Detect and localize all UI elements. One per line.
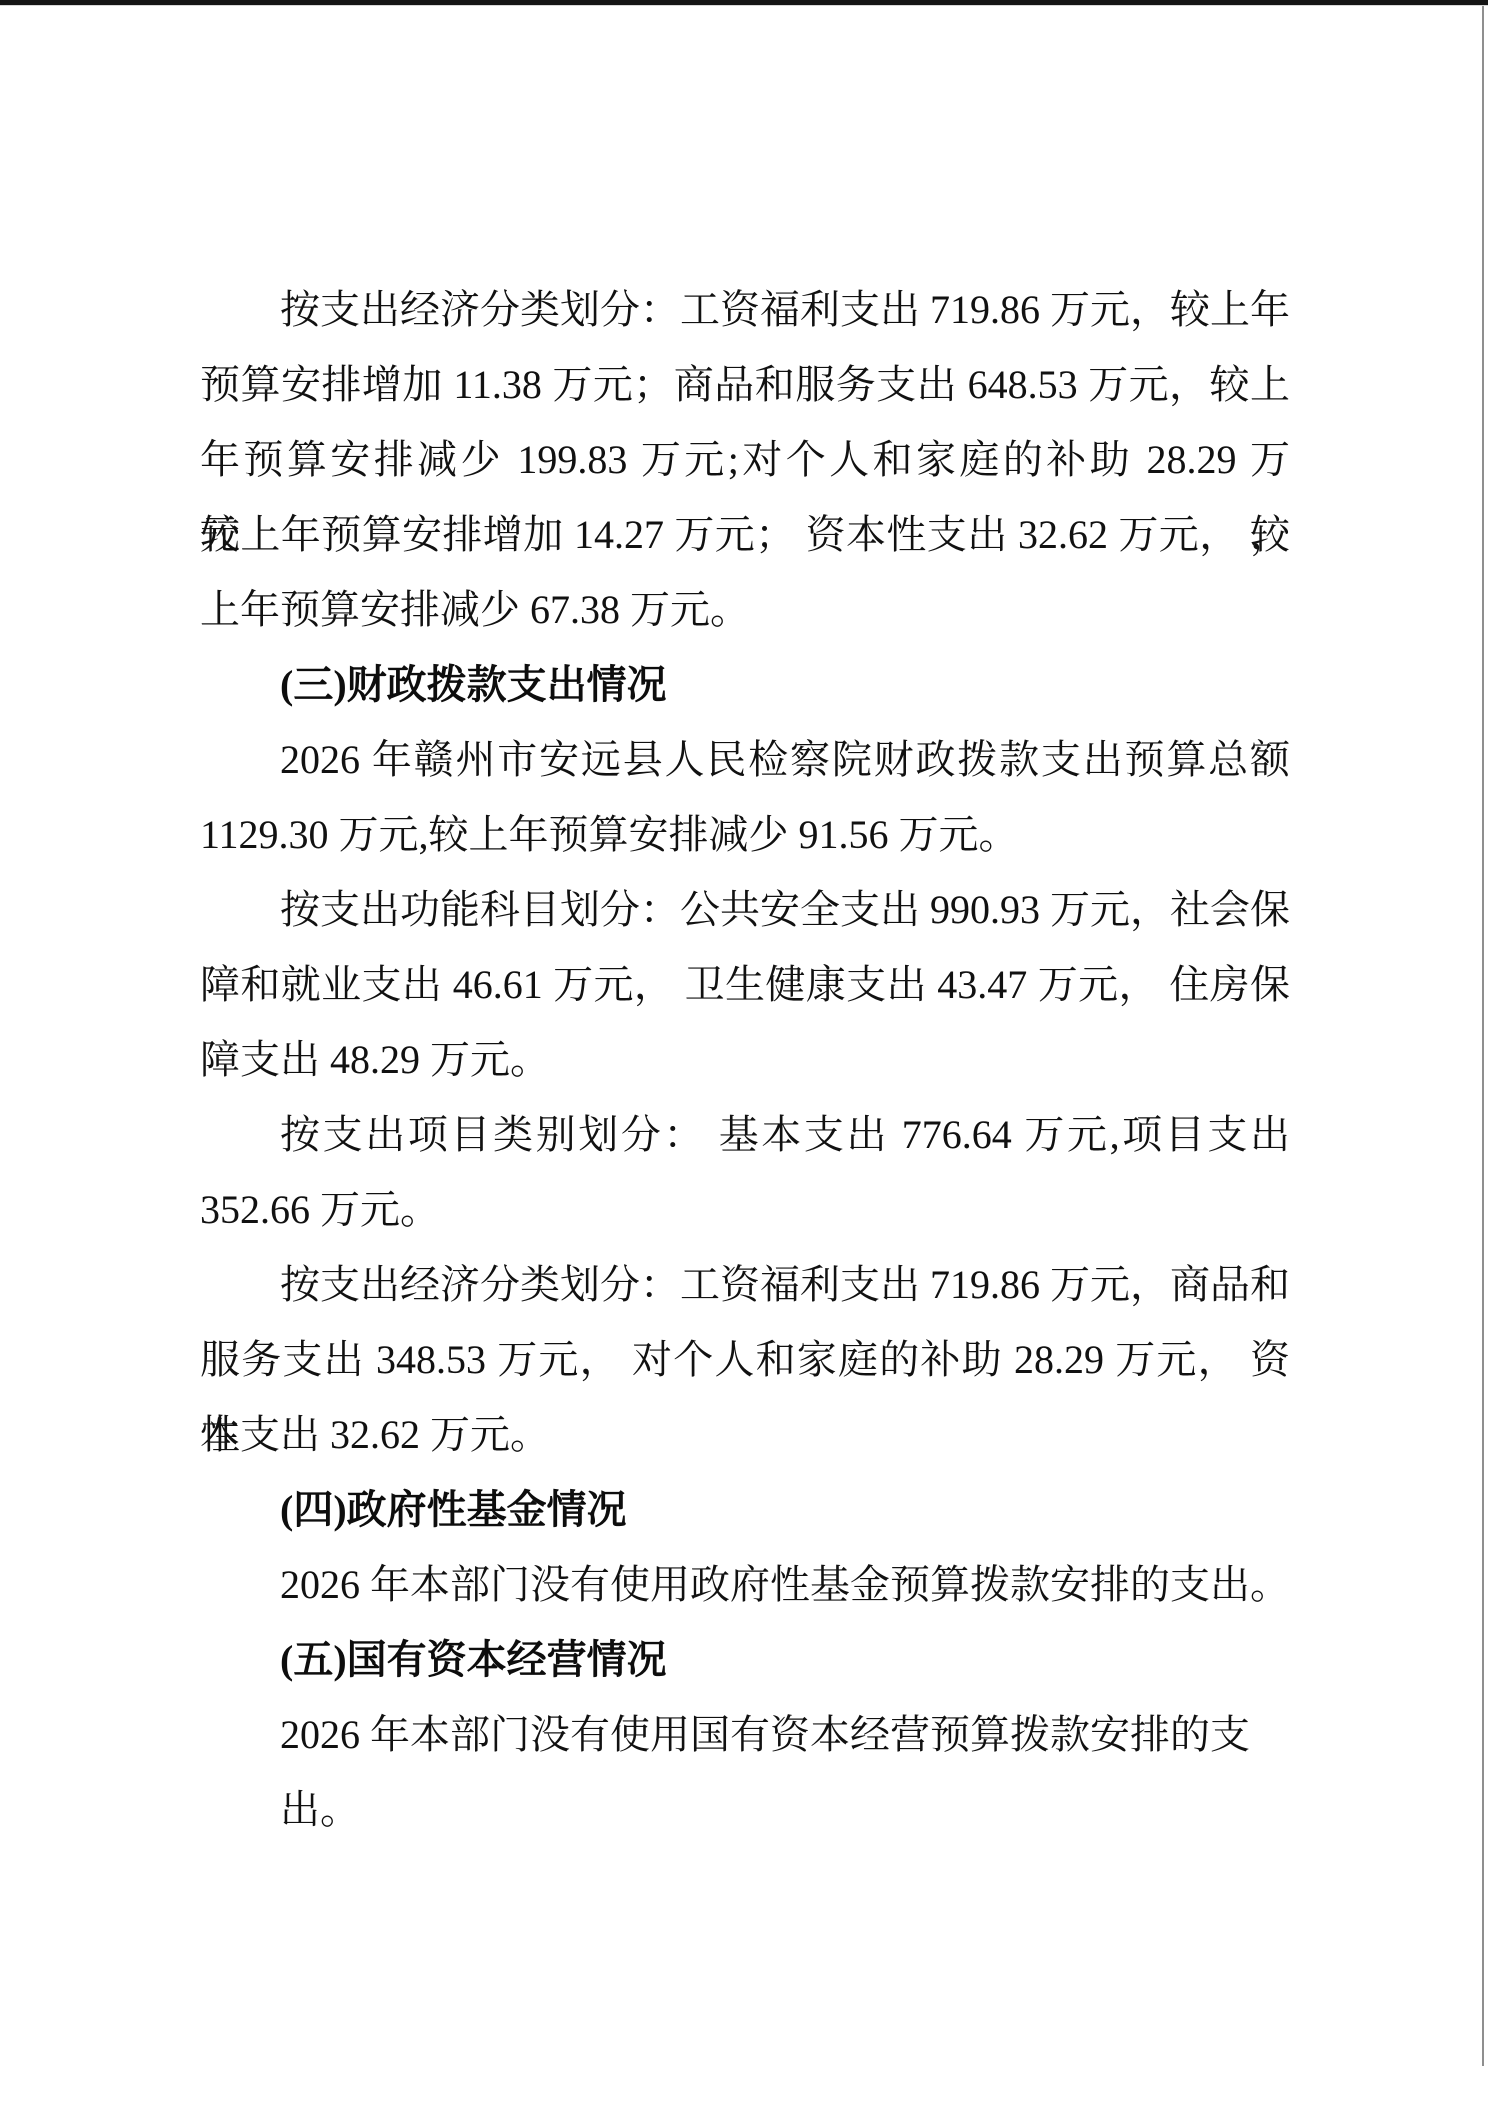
section-heading-5: (五)国有资本经营情况	[200, 1622, 1290, 1697]
paragraph-line: 2026 年本部门没有使用政府性基金预算拨款安排的支出。	[200, 1547, 1290, 1622]
document-body: 按支出经济分类划分：工资福利支出 719.86 万元，较上年 预算安排增加 11…	[200, 272, 1290, 1772]
paragraph-line: 预算安排增加 11.38 万元；商品和服务支出 648.53 万元，较上	[200, 347, 1290, 422]
paragraph-line: 按支出经济分类划分：工资福利支出 719.86 万元，较上年	[200, 272, 1290, 347]
page-right-edge-line	[1482, 6, 1484, 2066]
paragraph-line: 年预算安排减少 199.83 万元;对个人和家庭的补助 28.29 万元，	[200, 422, 1290, 497]
paragraph-line: 352.66 万元。	[200, 1172, 1290, 1247]
paragraph-line: 障和就业支出 46.61 万元， 卫生健康支出 43.47 万元， 住房保	[200, 947, 1290, 1022]
section-heading-4: (四)政府性基金情况	[200, 1472, 1290, 1547]
paragraph-line: 性支出 32.62 万元。	[200, 1397, 1290, 1472]
paragraph-line: 2026 年赣州市安远县人民检察院财政拨款支出预算总额	[200, 722, 1290, 797]
paragraph-line: 按支出项目类别划分： 基本支出 776.64 万元,项目支出	[200, 1097, 1290, 1172]
paragraph-line: 上年预算安排减少 67.38 万元。	[200, 572, 1290, 647]
paragraph-line: 障支出 48.29 万元。	[200, 1022, 1290, 1097]
paragraph-line: 按支出经济分类划分：工资福利支出 719.86 万元，商品和	[200, 1247, 1290, 1322]
document-page: 按支出经济分类划分：工资福利支出 719.86 万元，较上年 预算安排增加 11…	[0, 0, 1488, 2104]
paragraph-line: 按支出功能科目划分：公共安全支出 990.93 万元，社会保	[200, 872, 1290, 947]
section-heading-3: (三)财政拨款支出情况	[200, 647, 1290, 722]
paragraph-line: 1129.30 万元,较上年预算安排减少 91.56 万元。	[200, 797, 1290, 872]
paragraph-line: 服务支出 348.53 万元， 对个人和家庭的补助 28.29 万元， 资本	[200, 1322, 1290, 1397]
paragraph-line: 较上年预算安排增加 14.27 万元； 资本性支出 32.62 万元， 较	[200, 497, 1290, 572]
paragraph-line: 2026 年本部门没有使用国有资本经营预算拨款安排的支出。	[200, 1697, 1290, 1772]
page-top-edge-bar	[0, 0, 1488, 6]
